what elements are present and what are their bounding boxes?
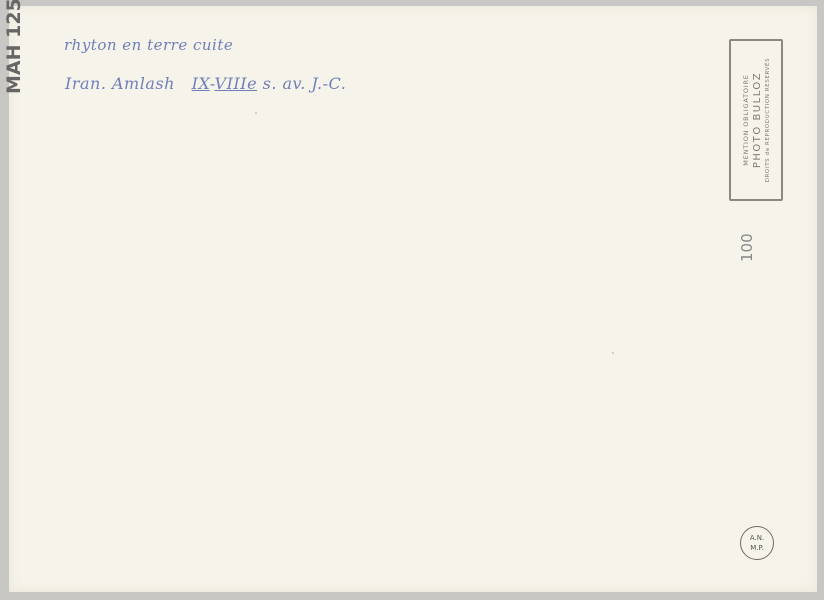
archive-seal: A.N. M.P. [740,526,774,560]
pencil-number: 100 [738,233,756,262]
paper-speck [612,352,614,354]
inventory-number: MAH 12587 [3,0,25,94]
handwritten-description-line1: rhyton en terre cuite [64,36,233,54]
handwritten-description-line2: Iran. Amlash IX-VIIIe s. av. J.-C. [65,74,346,93]
photo-verso-card [9,6,817,592]
seal-line1: A.N. [750,533,764,543]
seal-line2: M.P. [750,543,764,553]
photo-bulloz-stamp: MENTION OBLIGATOIRE PHOTO BULLOZ DROITS … [729,39,783,201]
date-suffix: s. av. J.-C. [263,74,347,93]
stamp-line-photographer: PHOTO BULLOZ [752,72,763,168]
century-end: VIIIe [215,74,257,93]
origin-text: Iran. Amlash [65,74,175,93]
stamp-line-mention: MENTION OBLIGATOIRE [742,74,750,165]
paper-speck [255,112,257,114]
stamp-line-rights: DROITS de REPRODUCTION RESERVÉS [765,58,771,182]
century-start: IX [192,74,210,93]
